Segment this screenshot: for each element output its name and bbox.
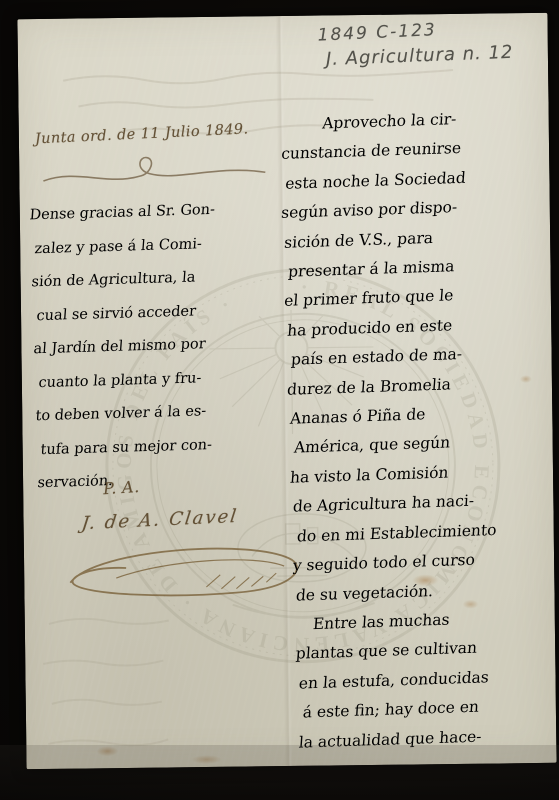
scanned-manuscript-view: · REAL SOCIEDAD ECONÓMICA VALENCIANA · D…	[0, 0, 559, 800]
archival-subject-annotation: J. Agricultura n. 12	[326, 42, 514, 70]
archival-catalog-annotation: 1849 C-123	[317, 20, 437, 46]
bleedthrough-marks-lower	[39, 602, 241, 764]
manuscript-page: · REAL SOCIEDAD ECONÓMICA VALENCIANA · D…	[17, 13, 556, 769]
secretary-signature: J. de A. Clavel	[80, 506, 239, 535]
foxing-stain	[96, 746, 118, 756]
date-flourish	[37, 154, 277, 197]
session-date-line: Junta ord. de 11 Julio 1849.	[35, 120, 285, 148]
handwritten-line: servación.	[36, 460, 290, 501]
closing-initials: P. A.	[103, 477, 140, 498]
decree-paragraph: Dense gracias al Sr. Gon- zalez y pase á…	[29, 192, 290, 501]
letter-body: Aprovecho la cir- cunstancia de reunirse…	[280, 102, 559, 757]
signature-rubric-flourish	[56, 536, 307, 609]
foxing-stain	[191, 755, 221, 764]
